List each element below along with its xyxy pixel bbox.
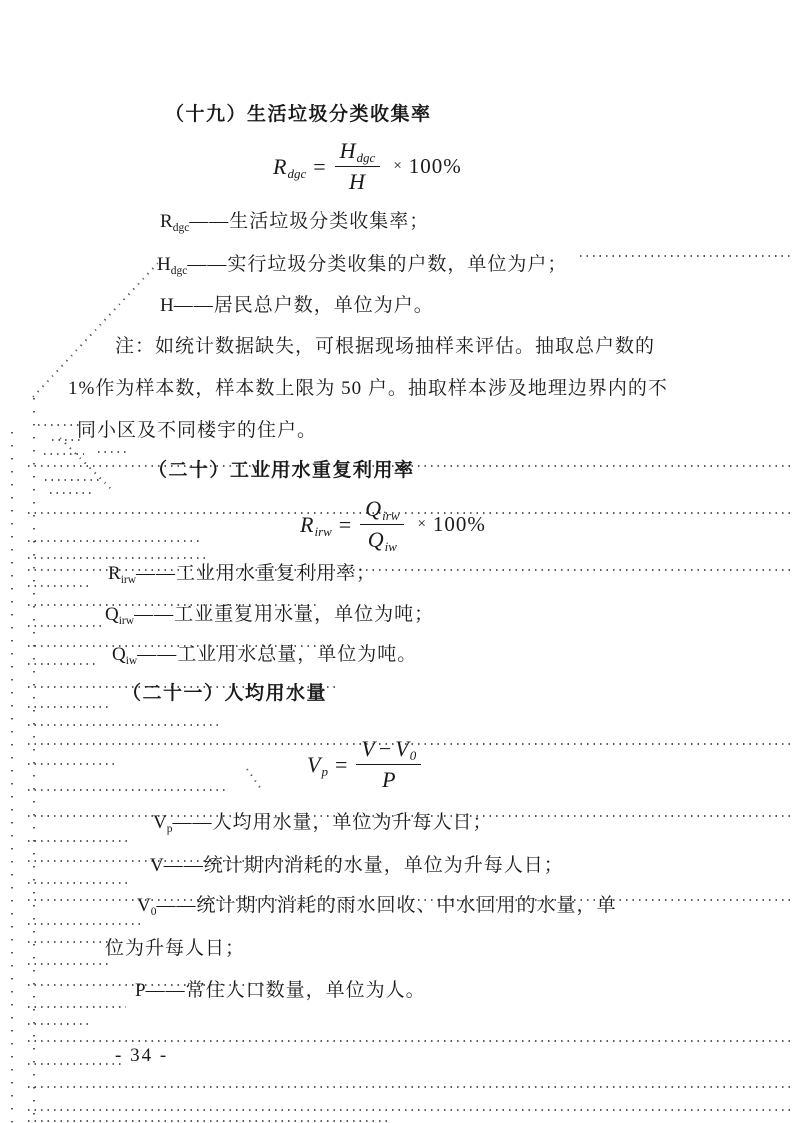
scan-dots-column [11, 432, 13, 1123]
fraction-numerator: V−V0 [356, 736, 421, 765]
scan-dots-row [28, 625, 102, 627]
fraction-numerator: Qirw [360, 496, 404, 525]
formula-lhs-symbol: V [307, 752, 320, 777]
scan-dots-row [28, 763, 118, 765]
percent-value: 100% [409, 154, 462, 179]
definition-text: ——工业重复用水量，单位为吨； [134, 604, 434, 625]
definition-subscript: irw [121, 574, 136, 586]
formula-per-capita-water-use: Vp = V−V0 P [307, 736, 423, 793]
scan-dots-row [28, 557, 208, 559]
scan-dots-row [28, 585, 90, 587]
definition-text: ——人均用水量，单位为升每人日； [172, 812, 492, 833]
equals-sign: = [313, 154, 325, 180]
definition-line: H——居民总户数，单位为户。 [160, 295, 434, 323]
scan-dots-row [98, 451, 128, 453]
scan-dots-row [28, 941, 116, 943]
definition-text: ——工业用水总量，单位为吨。 [137, 644, 417, 665]
scan-dots-row [28, 706, 108, 708]
note-line: 1%作为样本数，样本数上限为 50 户。抽取样本涉及地理边界内的不 [68, 378, 668, 400]
scan-dots-diagonal [59, 437, 111, 489]
formula-lhs-subscript: p [321, 764, 328, 779]
definition-line: Vp——人均用水量，单位为升每人日； [153, 812, 493, 840]
scan-dots-row [28, 963, 112, 965]
scan-dots-row [580, 255, 794, 257]
formula-lhs: Vp [307, 752, 328, 778]
formula-lhs-symbol: R [273, 154, 286, 179]
equals-sign: = [339, 512, 351, 538]
numerator-subscript: irw [382, 508, 399, 523]
definition-subscript: dgc [171, 265, 188, 277]
scan-dots-row [28, 1023, 92, 1025]
scan-dots-row [28, 1109, 794, 1111]
document-page: （十九）生活垃圾分类收集率 Rdgc = Hdgc H × 100% Rdgc—… [0, 0, 794, 1123]
formula-lhs: Rdgc [273, 154, 306, 180]
definition-line: V0——统计期内消耗的雨水回收、中水回用的水量，单 [137, 895, 617, 923]
numerator-symbol: Q [365, 496, 381, 521]
definition-symbol: V [153, 812, 167, 833]
formula-lhs-subscript: irw [314, 524, 331, 539]
denominator-symbol: P [382, 767, 395, 792]
definition-text: ——统计期内消耗的雨水回收、中水回用的水量，单 [156, 895, 616, 916]
definition-continuation-line: 位为升每人日； [105, 938, 245, 960]
fraction-denominator: P [382, 765, 395, 793]
definition-subscript: iw [126, 655, 138, 667]
section-19-heading: （十九）生活垃圾分类收集率 [165, 104, 432, 126]
definition-text: ——工业用水重复利用率； [136, 563, 376, 584]
denominator-subscript: iw [385, 539, 397, 554]
scan-dots-row [50, 492, 95, 494]
scan-dots-row [28, 1086, 794, 1088]
definition-line: Qiw——工业用水总量，单位为吨。 [112, 644, 417, 672]
minus-sign: − [379, 736, 391, 761]
scan-dots-row [28, 663, 98, 665]
section-21-heading: （二十一）人均用水量 [122, 683, 327, 705]
definition-line: V——统计期内消耗的水量，单位为升每人日； [150, 855, 564, 883]
scan-dots-row [52, 439, 80, 441]
fraction: Hdgc H [335, 138, 381, 195]
definition-symbol: H [157, 254, 171, 275]
definition-symbol: H [160, 295, 174, 316]
note-line: 注：如统计数据缺失，可根据现场抽样来评估。抽取总户数的 [115, 336, 655, 358]
definition-symbol: V [137, 895, 151, 916]
definition-line: Qirw——工业重复用水量，单位为吨； [105, 604, 434, 632]
scan-dots-row [28, 540, 203, 542]
formula-lhs-symbol: R [300, 512, 313, 537]
definition-text: ——居民总户数，单位为户。 [174, 295, 434, 316]
definition-line: P——常住人口数量，单位为人。 [135, 980, 426, 1008]
definition-subscript: dgc [173, 222, 190, 234]
fraction-denominator: Qiw [368, 525, 397, 553]
scan-dots-row [45, 479, 100, 481]
formula-waste-sorting-rate: Rdgc = Hdgc H × 100% [273, 138, 462, 195]
multiplication-sign: × [393, 158, 401, 175]
fraction-numerator: Hdgc [335, 138, 381, 167]
definition-text: ——实行垃圾分类收集的户数，单位为户； [187, 254, 567, 275]
denominator-symbol: H [349, 169, 365, 194]
scan-dots-row [28, 1040, 794, 1042]
definition-text: ——常住人口数量，单位为人。 [146, 980, 426, 1001]
definition-line: Rdgc——生活垃圾分类收集率； [160, 211, 429, 239]
numerator-symbol: H [340, 138, 356, 163]
numerator-symbol-a: V [361, 736, 374, 761]
formula-industrial-water-reuse-rate: Rirw = Qirw Qiw × 100% [300, 496, 486, 553]
formula-lhs-subscript: dgc [287, 166, 306, 181]
section-20-heading: （二十）工业用水重复利用率 [148, 460, 415, 482]
definition-text: ——生活垃圾分类收集率； [189, 211, 429, 232]
definition-symbol: R [160, 211, 173, 232]
equals-sign: = [335, 752, 347, 778]
definition-symbol: V [150, 855, 164, 876]
scan-dots-row [28, 724, 218, 726]
definition-symbol: R [108, 563, 121, 584]
definition-text: ——统计期内消耗的水量，单位为升每人日； [164, 855, 564, 876]
page-number: - 34 - [115, 1045, 168, 1067]
scan-dots-row [28, 789, 228, 791]
fraction: V−V0 P [356, 736, 421, 793]
scan-dots-row [28, 923, 143, 925]
scan-dots-row [28, 1120, 388, 1122]
definition-line: Hdgc——实行垃圾分类收集的户数，单位为户； [157, 254, 567, 282]
definition-symbol: Q [112, 644, 126, 665]
scan-dots-row [28, 840, 128, 842]
definition-symbol: Q [105, 604, 119, 625]
scan-dots-row [28, 882, 132, 884]
numerator-subscript: 0 [410, 748, 417, 763]
definition-line: Rirw——工业用水重复利用率； [108, 563, 376, 591]
scan-dots-row [28, 1063, 123, 1065]
definition-symbol: P [135, 980, 146, 1001]
denominator-symbol: Q [368, 527, 384, 552]
numerator-subscript: dgc [357, 150, 376, 165]
note-line: 同小区及不同楼宇的住户。 [77, 420, 317, 442]
fraction: Qirw Qiw [360, 496, 404, 553]
scan-dots-column [33, 398, 35, 1123]
multiplication-sign: × [417, 516, 425, 533]
scan-dots-row [28, 1006, 126, 1008]
percent-value: 100% [433, 512, 486, 537]
numerator-symbol-b: V [395, 736, 408, 761]
scan-dots-diagonal [246, 768, 264, 792]
fraction-denominator: H [349, 167, 366, 195]
formula-lhs: Rirw [300, 512, 332, 538]
definition-subscript: irw [119, 615, 134, 627]
